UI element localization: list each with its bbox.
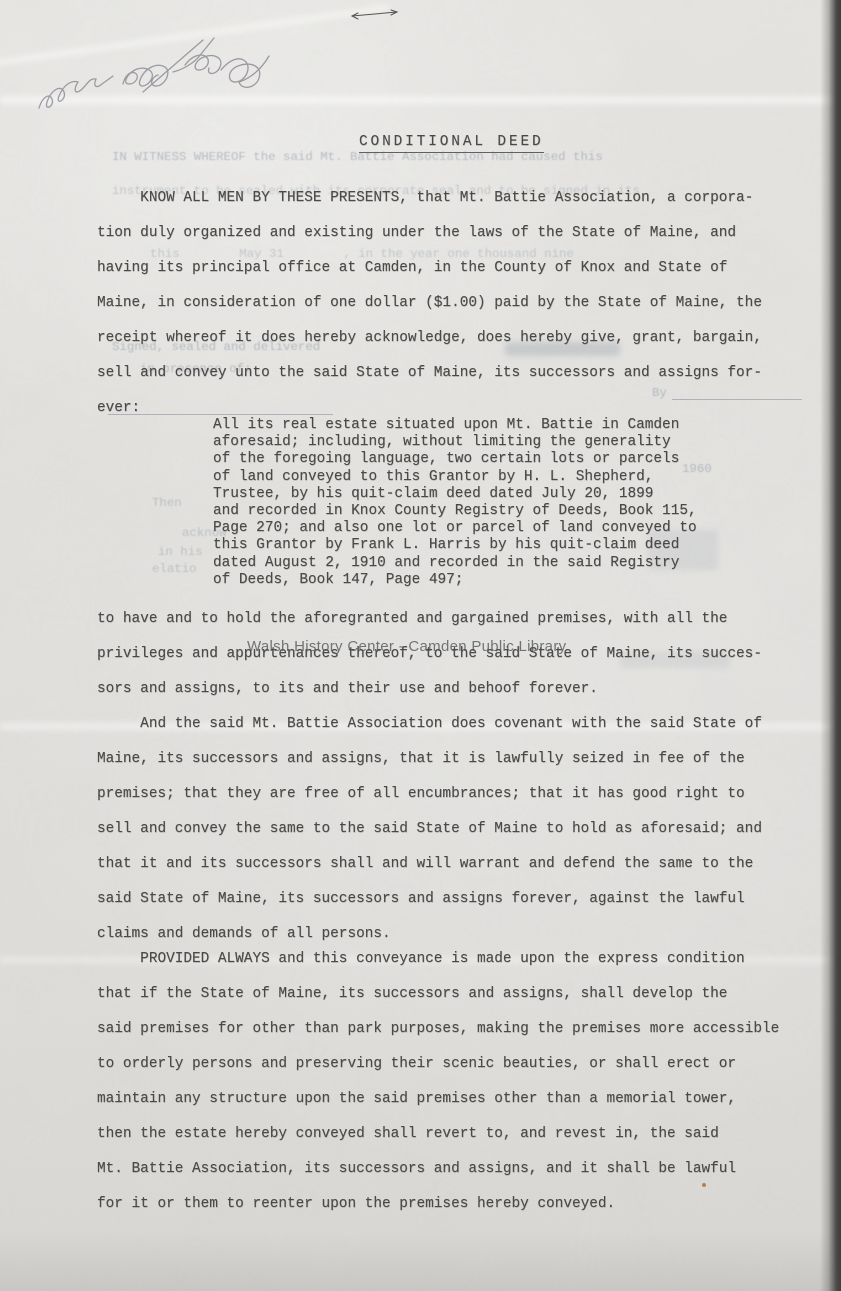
dust-speck [702,1183,706,1187]
paragraph-legal-description: All its real estate situated upon Mt. Ba… [213,417,697,589]
scan-edge-shadow-right [820,0,841,1291]
double-headed-arrow-mark [349,7,401,21]
fold-crease-top [0,96,841,104]
paragraph-covenant-clause: And the said Mt. Battie Association does… [97,707,762,952]
paragraph-granting-clause: KNOW ALL MEN BY THESE PRESENTS, that Mt.… [97,181,762,426]
paragraph-provided-always-condition: PROVIDED ALWAYS and this conveyance is m… [97,942,779,1222]
archive-watermark: Walsh History Center - Camden Public Lib… [247,638,566,655]
scanned-deed-page: IN WITNESS WHEREOF the said Mt. Battie A… [0,0,841,1291]
scan-shadow-bottom [0,1231,841,1291]
bleedthrough-elatio-fragment: elatio [152,562,197,576]
bleedthrough-in-his-fragment: in his [158,545,203,559]
bleedthrough-then-fragment: Then [152,496,182,510]
document-title: CONDITIONAL DEED [359,134,544,153]
wrinkle-crease-top-left [0,5,388,69]
handwritten-pencil-signature [35,28,275,113]
